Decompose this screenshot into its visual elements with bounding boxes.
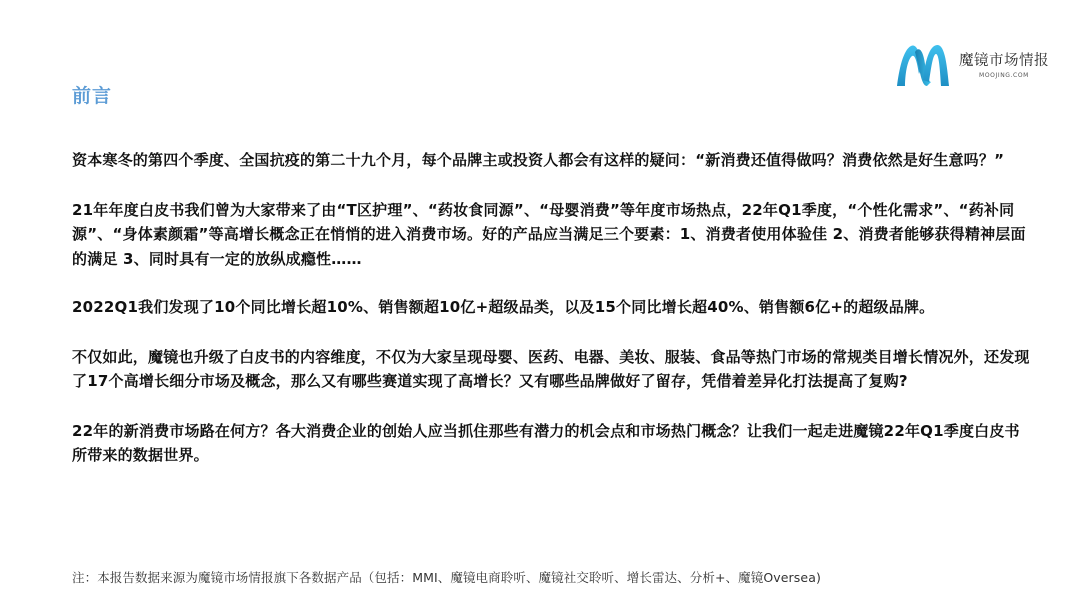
brand-domain: MOOJING.COM [979,72,1029,79]
paragraph-super-categories: 2022Q1我们发现了10个同比增长超10%、销售额超10亿+超级品类，以及15… [72,295,1032,320]
preface-body: 资本寒冬的第四个季度、全国抗疫的第二十九个月，每个品牌主或投资人都会有这样的疑问… [72,148,1032,493]
brand-text: 魔镜市场情报 MOOJING.COM [959,52,1049,79]
paragraph-hot-concepts: 21年年度白皮书我们曾为大家带来了由“T区护理”、“药妆食同源”、“母婴消费”等… [72,198,1032,272]
m-ribbon-logo-icon [893,40,953,90]
page-title: 前言 [72,81,112,108]
brand-name: 魔镜市场情报 [959,52,1049,70]
paragraph-content-upgrade: 不仅如此，魔镜也升级了白皮书的内容维度，不仅为大家呈现母婴、医药、电器、美妆、服… [72,345,1032,394]
brand-logo: 魔镜市场情报 MOOJING.COM [893,40,1063,90]
paragraph-question: 资本寒冬的第四个季度、全国抗疫的第二十九个月，每个品牌主或投资人都会有这样的疑问… [72,148,1032,173]
data-source-footnote: 注：本报告数据来源为魔镜市场情报旗下各数据产品（包括：MMI、魔镜电商聆听、魔镜… [72,568,821,586]
paragraph-conclusion: 22年的新消费市场路在何方？各大消费企业的创始人应当抓住那些有潜力的机会点和市场… [72,419,1032,468]
